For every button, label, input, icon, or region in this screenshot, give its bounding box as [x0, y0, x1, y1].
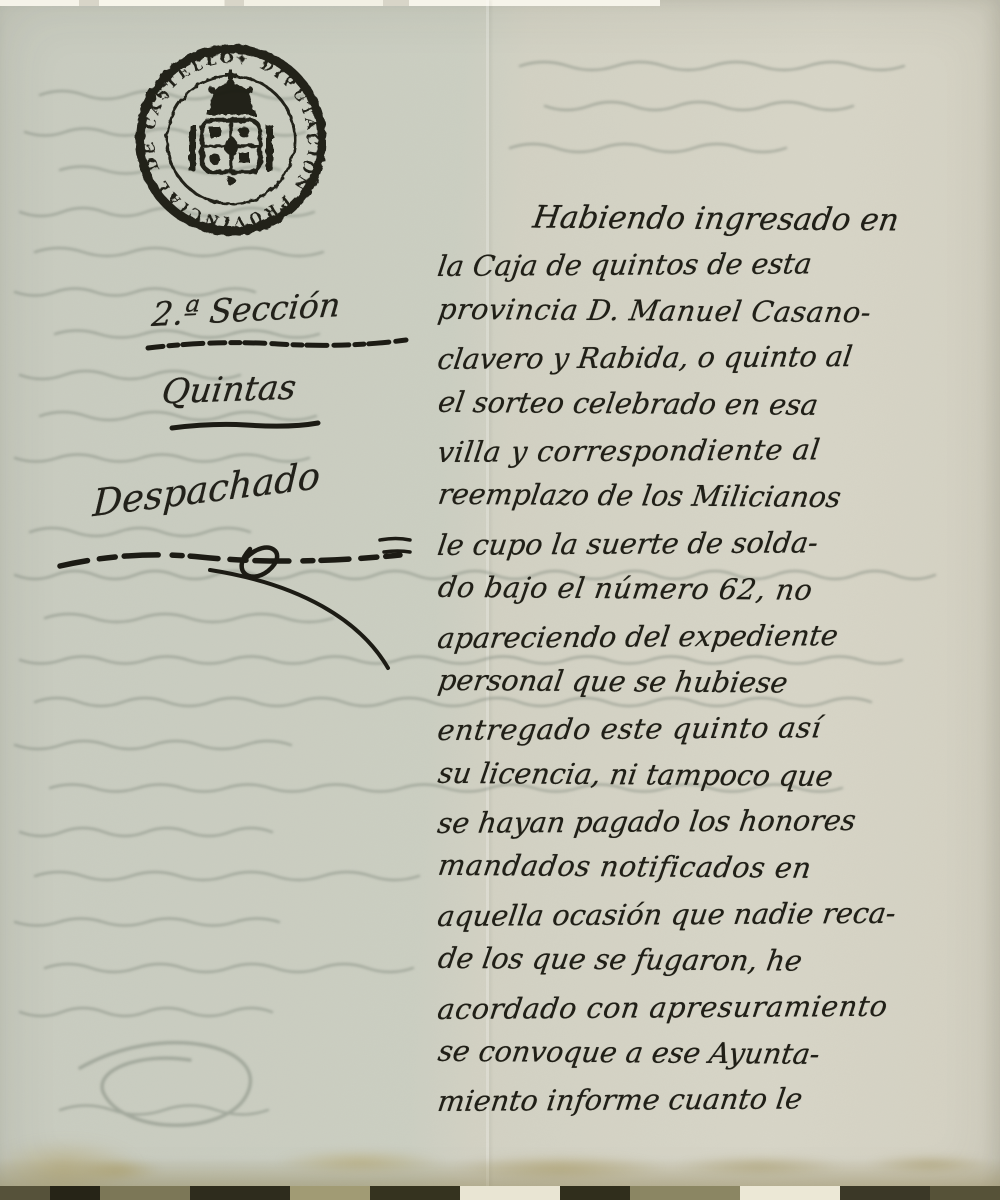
body-line: clavero y Rabida, o quinto al — [435, 333, 1000, 383]
body-line: reemplazo de los Milicianos — [435, 472, 1000, 523]
subject-note: Quintas — [160, 368, 299, 413]
scan-top-edge — [0, 0, 660, 6]
body-line: entregado este quinto así — [435, 704, 1000, 754]
body-line: aquella ocasión que nadie reca- — [435, 890, 1000, 940]
body-line: se convoque a ese Ayunta- — [435, 1029, 1000, 1080]
coat-of-arms-shield-icon — [189, 120, 273, 186]
body-line: apareciendo del expediente — [435, 612, 1000, 662]
manuscript-page: ✦ DIPUTACION PROVINCIAL DE CASTELLON — [0, 0, 1000, 1200]
body-line: de los que se fugaron, he — [435, 936, 1000, 987]
body-line: personal que se hubiese — [435, 658, 1000, 709]
subject-underline — [166, 416, 326, 438]
bottom-shading — [0, 1158, 1000, 1186]
body-line: la Caja de quintos de esta — [435, 240, 1000, 290]
body-line: provincia D. Manuel Casano- — [435, 287, 1000, 338]
body-line: le cupo la suerte de solda- — [435, 519, 1000, 569]
despachado-rubric-flourish — [50, 520, 450, 680]
scan-bottom-edge — [0, 1186, 1000, 1200]
body-line: acordado con apresuramiento — [435, 983, 1000, 1033]
provincial-seal-stamp: ✦ DIPUTACION PROVINCIAL DE CASTELLON — [131, 40, 331, 240]
body-line: do bajo el número 62, no — [435, 565, 1000, 616]
section-underline — [142, 332, 412, 358]
status-note: Despachado — [92, 454, 321, 525]
body-line: su licencia, ni tampoco que — [435, 750, 1000, 801]
body-line: se hayan pagado los honores — [435, 797, 1000, 847]
section-note: 2.ª Sección — [150, 285, 342, 334]
body-line: Habiendo ingresado en — [435, 194, 1000, 245]
body-line: villa y correspondiente al — [435, 426, 1000, 476]
body-line: el sorteo celebrado en esa — [435, 379, 1000, 430]
letter-body: Habiendo ingresado en la Caja de quintos… — [438, 196, 998, 1124]
body-line: mandados notificados en — [435, 843, 1000, 894]
